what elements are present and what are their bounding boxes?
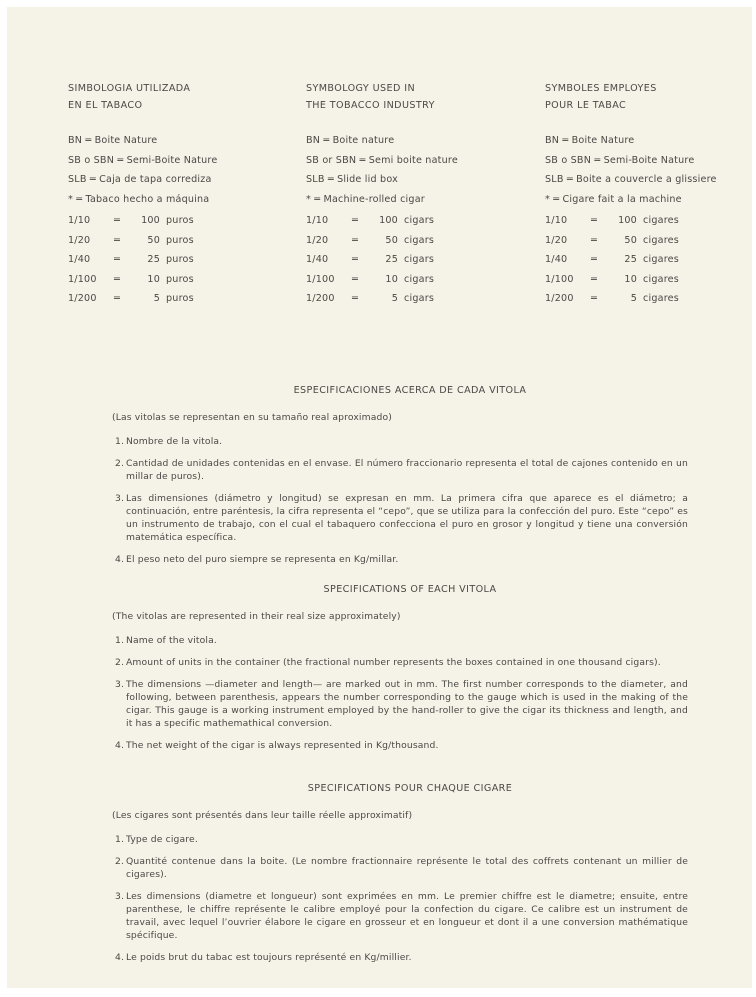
item-number: 3.	[115, 492, 124, 505]
count: 5	[615, 289, 637, 309]
item-text: Las dimensiones (diámetro y longitud) se…	[126, 493, 688, 543]
item-text: Nombre de la vitola.	[126, 436, 222, 447]
count: 10	[615, 270, 637, 290]
fraction: 1/20	[545, 231, 591, 251]
equals-sign: ═	[114, 289, 138, 309]
fraction-row: 1/40═25cigares	[545, 250, 717, 270]
count: 25	[615, 250, 637, 270]
spec-item: 2.Amount of units in the container (the …	[112, 656, 688, 669]
fraction: 1/40	[545, 250, 591, 270]
fraction: 1/10	[545, 211, 591, 231]
section-title: SPECIFICATIONS POUR CHAQUE CIGARE	[132, 783, 688, 794]
spec-item: 3.The dimensions —diameter and length— a…	[112, 678, 688, 730]
equals-sign: ═	[352, 211, 376, 231]
count: 10	[138, 270, 160, 290]
fraction: 1/100	[306, 270, 352, 290]
unit: cigares	[643, 270, 679, 290]
heading-line: EN EL TABACO	[68, 97, 217, 114]
spec-item: 2.Quantité contenue dans la boite. (Le n…	[112, 855, 688, 881]
unit: puros	[166, 270, 194, 290]
count: 25	[376, 250, 398, 270]
item-text: Type de cigare.	[126, 834, 198, 845]
fraction-row: 1/10═100cigars	[306, 211, 458, 231]
equals-sign: ═	[114, 270, 138, 290]
item-text: The net weight of the cigar is always re…	[126, 740, 439, 751]
symbol-entry: SLB ═ Caja de tapa corrediza	[68, 170, 217, 190]
item-text: Cantidad de unidades contenidas en el en…	[126, 458, 688, 482]
fraction: 1/200	[306, 289, 352, 309]
fraction-row: 1/100═10cigars	[306, 270, 458, 290]
fraction: 1/200	[68, 289, 114, 309]
symbol-entry: SB o SBN ═ Semi-Boite Nature	[68, 151, 217, 171]
fraction-row: 1/200═5puros	[68, 289, 217, 309]
item-number: 4.	[115, 739, 124, 752]
symbol-entry: SB or SBN ═ Semi boite nature	[306, 151, 458, 171]
specifications-spanish: ESPECIFICACIONES ACERCA DE CADA VITOLA (…	[112, 385, 688, 575]
count: 50	[376, 231, 398, 251]
section-title: SPECIFICATIONS OF EACH VITOLA	[132, 584, 688, 595]
symbol-entry: BN ═ Boite Nature	[545, 131, 717, 151]
equals-sign: ═	[591, 250, 615, 270]
fraction-row: 1/200═5cigars	[306, 289, 458, 309]
item-number: 4.	[115, 553, 124, 566]
spec-item: 3.Les dimensions (diametre et longueur) …	[112, 890, 688, 942]
fraction-row: 1/200═5cigares	[545, 289, 717, 309]
heading-line: POUR LE TABAC	[545, 97, 717, 114]
item-number: 1.	[115, 634, 124, 647]
fraction-row: 1/100═10puros	[68, 270, 217, 290]
item-number: 1.	[115, 833, 124, 846]
column-heading: SIMBOLOGIA UTILIZADA EN EL TABACO	[68, 80, 217, 114]
unit: cigars	[404, 289, 434, 309]
equals-sign: ═	[591, 289, 615, 309]
item-number: 2.	[115, 855, 124, 868]
fraction: 1/100	[68, 270, 114, 290]
fraction: 1/200	[545, 289, 591, 309]
unit: puros	[166, 231, 194, 251]
equals-sign: ═	[591, 270, 615, 290]
item-text: Name of the vitola.	[126, 635, 217, 646]
symbology-column-english: SYMBOLOGY USED IN THE TOBACCO INDUSTRY B…	[306, 80, 458, 309]
symbol-entry: * ═ Machine-rolled cigar	[306, 190, 458, 210]
fraction: 1/10	[68, 211, 114, 231]
symbol-entry: * ═ Cigare fait a la machine	[545, 190, 717, 210]
fraction-row: 1/40═25cigars	[306, 250, 458, 270]
spec-item: 2.Cantidad de unidades contenidas en el …	[112, 457, 688, 483]
spec-item: 4.The net weight of the cigar is always …	[112, 739, 688, 752]
item-text: El peso neto del puro siempre se represe…	[126, 554, 398, 565]
symbol-entry: SB o SBN ═ Semi-Boite Nature	[545, 151, 717, 171]
unit: cigares	[643, 289, 679, 309]
fraction-list: 1/10═100cigares 1/20═50cigares 1/40═25ci…	[545, 211, 717, 309]
count: 100	[615, 211, 637, 231]
symbol-entry: * ═ Tabaco hecho a máquina	[68, 190, 217, 210]
item-text: Quantité contenue dans la boite. (Le nom…	[126, 856, 688, 880]
heading-line: SYMBOLES EMPLOYES	[545, 80, 717, 97]
item-text: Les dimensions (diametre et longueur) so…	[126, 891, 688, 941]
fraction-row: 1/10═100puros	[68, 211, 217, 231]
unit: cigars	[404, 270, 434, 290]
equals-sign: ═	[591, 211, 615, 231]
count: 50	[138, 231, 160, 251]
unit: puros	[166, 250, 194, 270]
fraction: 1/20	[306, 231, 352, 251]
item-number: 3.	[115, 890, 124, 903]
item-text: Le poids brut du tabac est toujours repr…	[126, 952, 412, 963]
spec-list: 1.Name of the vitola. 2.Amount of units …	[112, 634, 688, 752]
unit: cigares	[643, 211, 679, 231]
count: 100	[376, 211, 398, 231]
count: 5	[376, 289, 398, 309]
item-number: 1.	[115, 435, 124, 448]
spec-item: 3.Las dimensiones (diámetro y longitud) …	[112, 492, 688, 544]
column-heading: SYMBOLOGY USED IN THE TOBACCO INDUSTRY	[306, 80, 458, 114]
section-title: ESPECIFICACIONES ACERCA DE CADA VITOLA	[132, 385, 688, 396]
symbol-list: BN ═ Boite Nature SB o SBN ═ Semi-Boite …	[545, 131, 717, 209]
fraction-row: 1/20═50cigars	[306, 231, 458, 251]
section-subtitle: (Las vitolas se representan en su tamaño…	[112, 412, 688, 423]
spec-item: 4.El peso neto del puro siempre se repre…	[112, 553, 688, 566]
unit: cigars	[404, 211, 434, 231]
symbol-entry: SLB ═ Boite a couvercle a glissiere	[545, 170, 717, 190]
spec-item: 1.Name of the vitola.	[112, 634, 688, 647]
specifications-french: SPECIFICATIONS POUR CHAQUE CIGARE (Les c…	[112, 783, 688, 973]
symbology-column-spanish: SIMBOLOGIA UTILIZADA EN EL TABACO BN ═ B…	[68, 80, 217, 309]
symbology-column-french: SYMBOLES EMPLOYES POUR LE TABAC BN ═ Boi…	[545, 80, 717, 309]
unit: cigars	[404, 231, 434, 251]
unit: puros	[166, 211, 194, 231]
fraction: 1/40	[306, 250, 352, 270]
fraction-row: 1/10═100cigares	[545, 211, 717, 231]
unit: puros	[166, 289, 194, 309]
column-heading: SYMBOLES EMPLOYES POUR LE TABAC	[545, 80, 717, 114]
count: 100	[138, 211, 160, 231]
item-number: 2.	[115, 656, 124, 669]
equals-sign: ═	[352, 289, 376, 309]
equals-sign: ═	[352, 231, 376, 251]
symbol-entry: BN ═ Boite nature	[306, 131, 458, 151]
fraction-row: 1/100═10cigares	[545, 270, 717, 290]
item-text: Amount of units in the container (the fr…	[126, 657, 661, 668]
equals-sign: ═	[114, 250, 138, 270]
count: 10	[376, 270, 398, 290]
equals-sign: ═	[114, 211, 138, 231]
heading-line: THE TOBACCO INDUSTRY	[306, 97, 458, 114]
unit: cigares	[643, 250, 679, 270]
fraction-list: 1/10═100cigars 1/20═50cigars 1/40═25ciga…	[306, 211, 458, 309]
unit: cigares	[643, 231, 679, 251]
item-number: 2.	[115, 457, 124, 470]
unit: cigars	[404, 250, 434, 270]
count: 5	[138, 289, 160, 309]
spec-list: 1.Type de cigare. 2.Quantité contenue da…	[112, 833, 688, 964]
spec-list: 1.Nombre de la vitola. 2.Cantidad de uni…	[112, 435, 688, 566]
count: 50	[615, 231, 637, 251]
symbol-entry: BN ═ Boite Nature	[68, 131, 217, 151]
fraction: 1/20	[68, 231, 114, 251]
fraction-list: 1/10═100puros 1/20═50puros 1/40═25puros …	[68, 211, 217, 309]
heading-line: SIMBOLOGIA UTILIZADA	[68, 80, 217, 97]
item-number: 4.	[115, 951, 124, 964]
fraction-row: 1/20═50puros	[68, 231, 217, 251]
fraction: 1/100	[545, 270, 591, 290]
fraction: 1/10	[306, 211, 352, 231]
symbol-list: BN ═ Boite nature SB or SBN ═ Semi boite…	[306, 131, 458, 209]
item-number: 3.	[115, 678, 124, 691]
item-text: The dimensions —diameter and length— are…	[126, 679, 688, 729]
specifications-english: SPECIFICATIONS OF EACH VITOLA (The vitol…	[112, 584, 688, 761]
equals-sign: ═	[352, 270, 376, 290]
spec-item: 1.Type de cigare.	[112, 833, 688, 846]
section-subtitle: (Les cigares sont présentés dans leur ta…	[112, 810, 688, 821]
section-subtitle: (The vitolas are represented in their re…	[112, 611, 688, 622]
count: 25	[138, 250, 160, 270]
fraction: 1/40	[68, 250, 114, 270]
heading-line: SYMBOLOGY USED IN	[306, 80, 458, 97]
equals-sign: ═	[114, 231, 138, 251]
fraction-row: 1/40═25puros	[68, 250, 217, 270]
equals-sign: ═	[352, 250, 376, 270]
symbol-entry: SLB ═ Slide lid box	[306, 170, 458, 190]
symbol-list: BN ═ Boite Nature SB o SBN ═ Semi-Boite …	[68, 131, 217, 209]
spec-item: 1.Nombre de la vitola.	[112, 435, 688, 448]
spec-item: 4.Le poids brut du tabac est toujours re…	[112, 951, 688, 964]
fraction-row: 1/20═50cigares	[545, 231, 717, 251]
equals-sign: ═	[591, 231, 615, 251]
